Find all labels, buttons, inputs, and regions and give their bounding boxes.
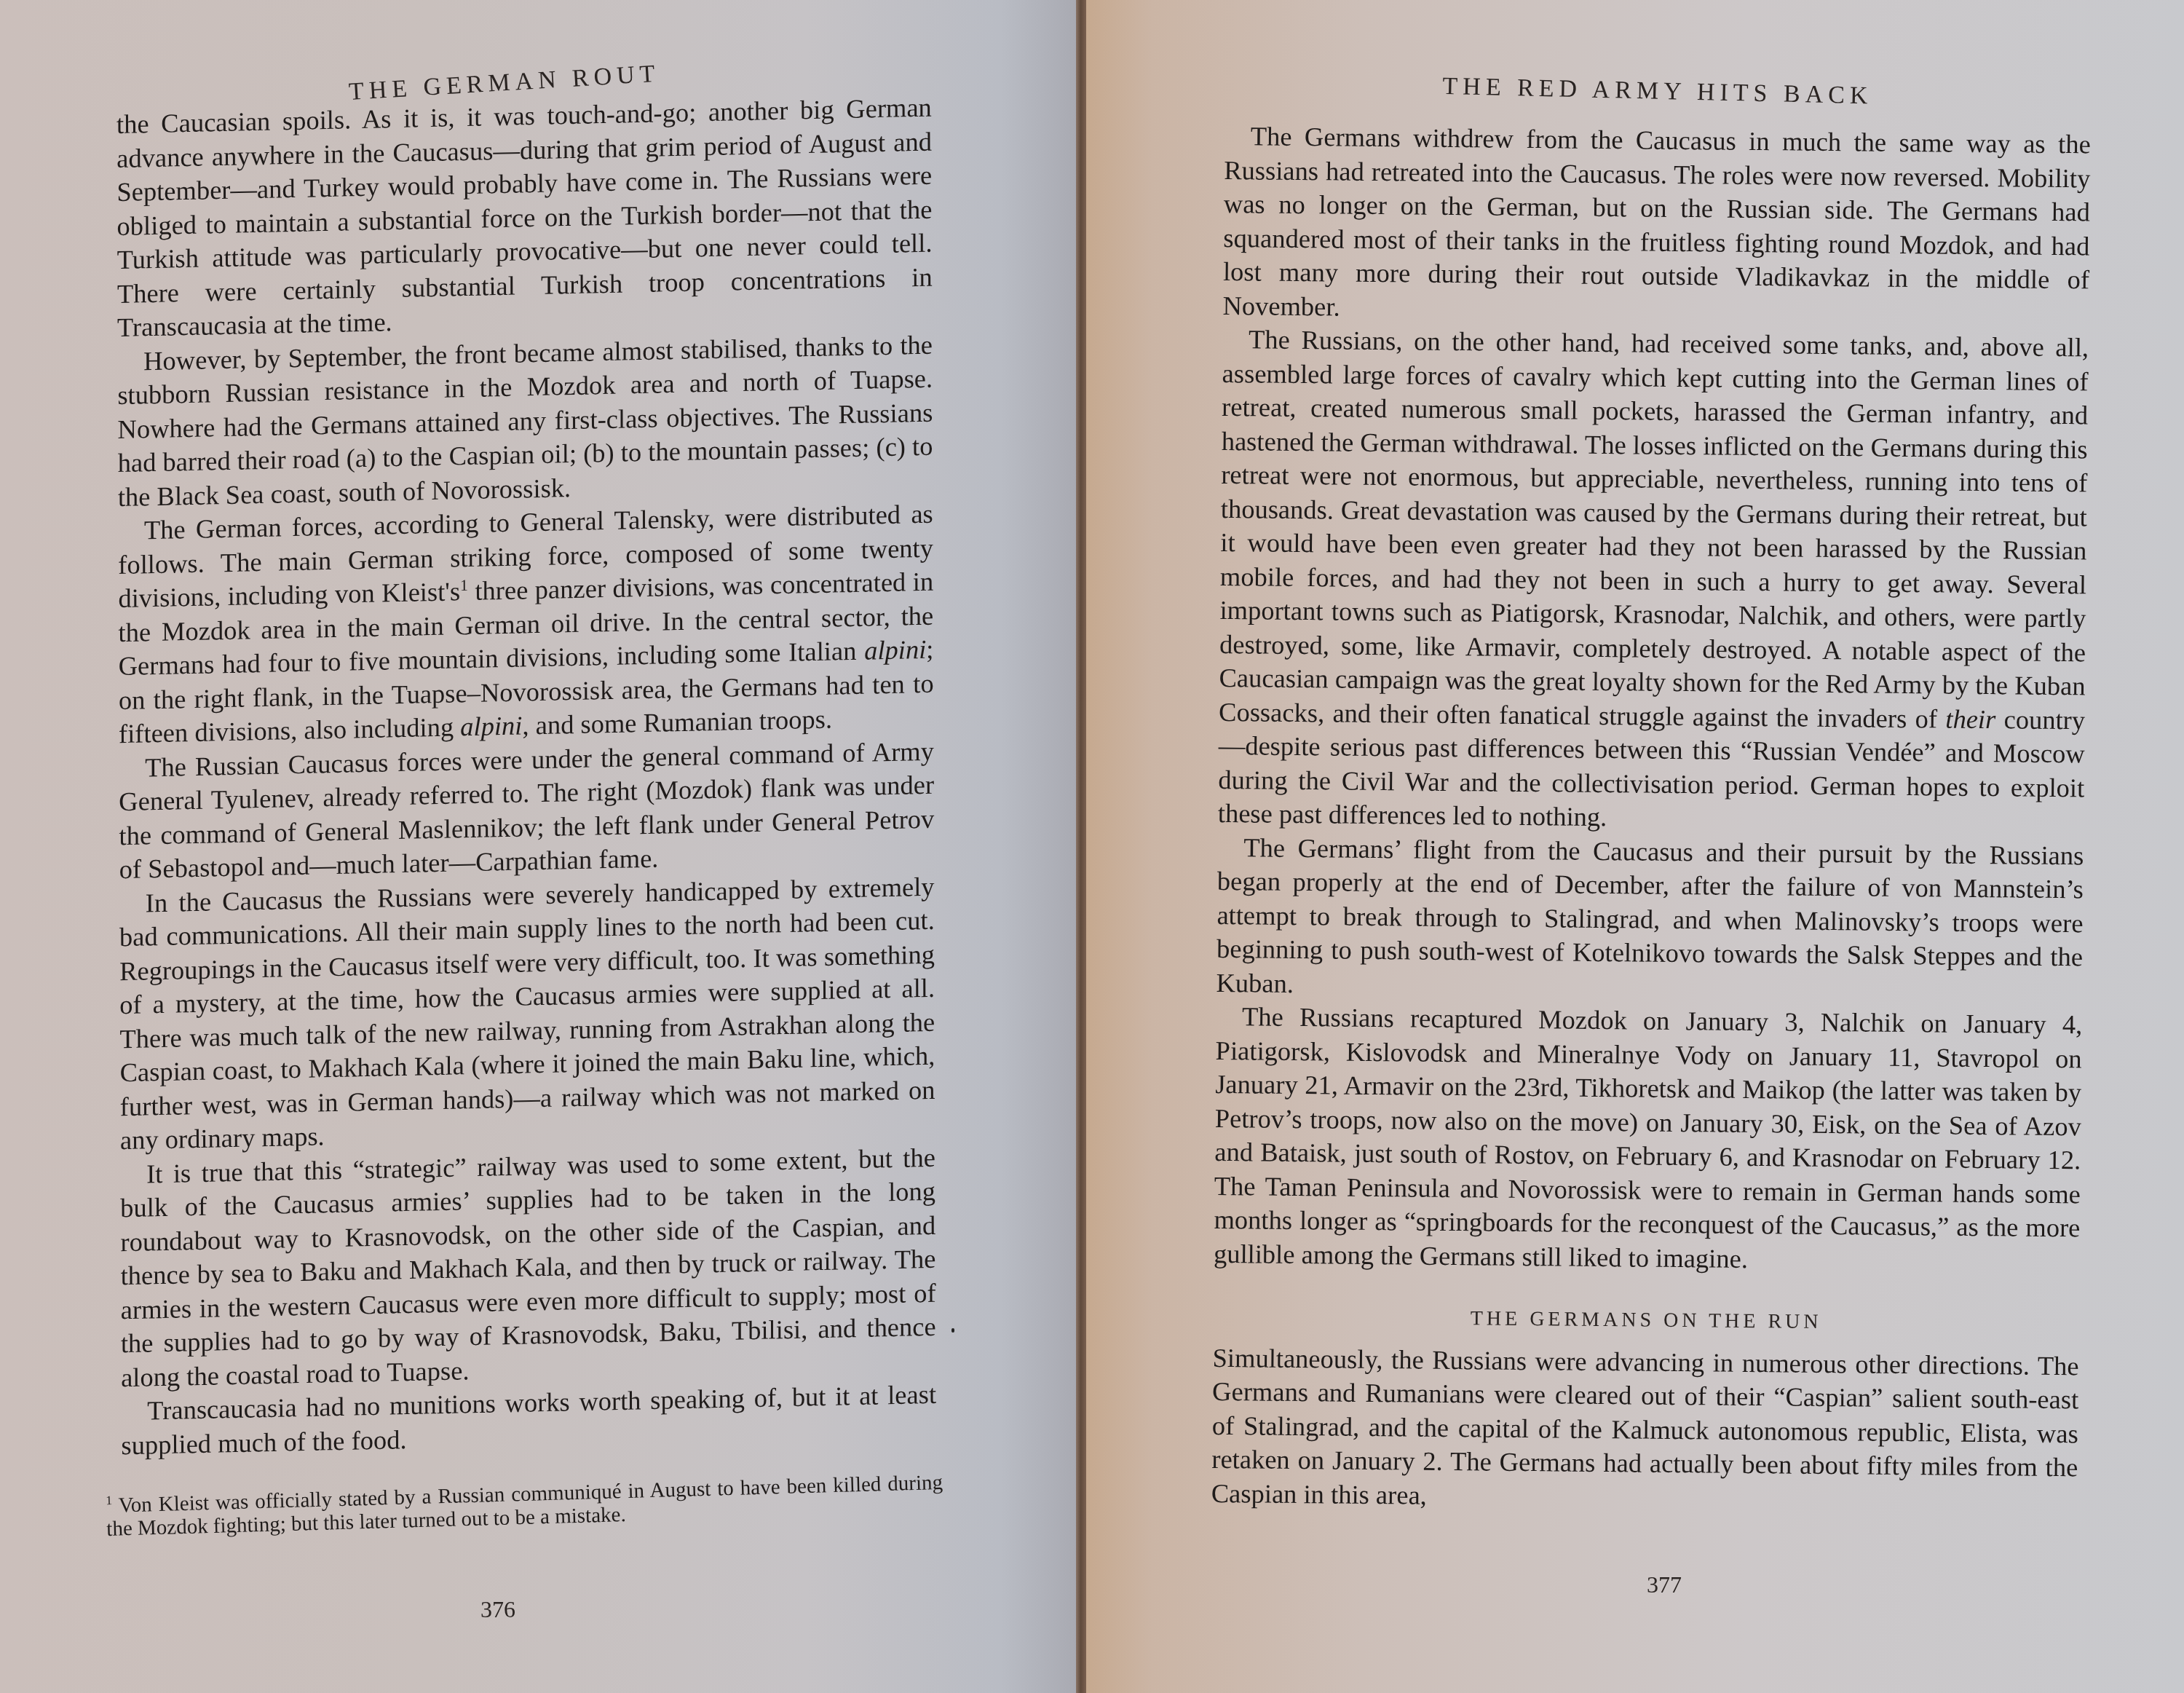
paragraph: The Russians, on the other hand, had rec… [1218, 323, 2089, 839]
paragraph: the Caucasian spoils. As it is, it was t… [116, 91, 933, 345]
right-page: The Red Army Hits Back The Germans withd… [1086, 0, 2184, 1693]
footnote: 1 Von Kleist was officially stated by a … [106, 1471, 943, 1541]
paragraph: The Russian Caucasus forces were under t… [119, 734, 934, 886]
italic-term: alpini [460, 711, 522, 742]
left-page: The German Rout the Caucasian spoils. As… [0, 0, 1076, 1693]
section-heading: The Germans on the Run [1213, 1300, 2079, 1342]
paragraph: The Germans’ flight from the Caucasus an… [1216, 830, 2084, 1008]
paragraph-text: The Russians, on the other hand, had rec… [1219, 324, 2089, 733]
italic-term: alpini [864, 634, 926, 666]
left-page-body: the Caucasian spoils. As it is, it was t… [116, 91, 936, 1463]
paragraph: In the Caucasus the Russians were severe… [119, 869, 935, 1158]
open-book-spread: The German Rout the Caucasian spoils. As… [0, 0, 2184, 1693]
footnote-text: Von Kleist was officially stated by a Ru… [106, 1471, 943, 1541]
print-speck [951, 1328, 954, 1333]
italic-term: their [1945, 703, 1995, 734]
book-gutter [1076, 0, 1086, 1693]
paragraph: The German forces, according to General … [118, 497, 934, 751]
left-page-number: 376 [480, 1596, 515, 1623]
right-page-body: The Germans withdrew from the Caucasus i… [1211, 119, 2091, 1518]
paragraph: The Russians recaptured Mozdok on Januar… [1214, 1000, 2083, 1279]
paragraph: Simultaneously, the Russians were advanc… [1211, 1341, 2079, 1518]
paragraph: It is true that this “strategic” railway… [120, 1140, 936, 1394]
footnote-reference: 1 [460, 576, 468, 594]
paragraph: The Germans withdrew from the Caucasus i… [1222, 119, 2091, 331]
right-running-head: The Red Army Hits Back [1442, 73, 1873, 110]
paragraph-text: , and some Rumanian troops. [522, 704, 832, 741]
right-page-number: 377 [1647, 1571, 1682, 1598]
paragraph: However, by September, the front became … [117, 328, 933, 514]
